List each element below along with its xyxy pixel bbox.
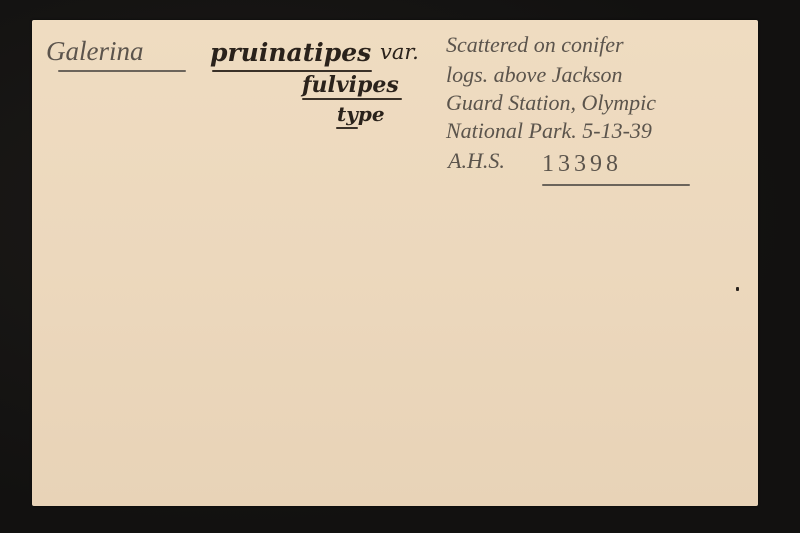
ink-speck bbox=[736, 287, 739, 291]
collector-initials: A.H.S. bbox=[448, 150, 505, 172]
collection-number: 13398 bbox=[542, 152, 622, 176]
species-name: pruinatipes bbox=[210, 40, 371, 65]
photo-background: Galerina pruinatipes var. fulvipes type … bbox=[0, 0, 800, 533]
herbarium-label-card: Galerina pruinatipes var. fulvipes type … bbox=[32, 20, 758, 506]
collection-note-line-3: Guard Station, Olympic bbox=[446, 92, 656, 114]
number-underline bbox=[542, 184, 690, 186]
genus-underline bbox=[58, 70, 186, 72]
collection-note-line-1: Scattered on conifer bbox=[446, 34, 624, 56]
variety-name: fulvipes bbox=[302, 74, 399, 96]
type-underline bbox=[336, 127, 358, 129]
type-status: type bbox=[337, 104, 385, 124]
genus-name: Galerina bbox=[46, 38, 144, 65]
collection-note-line-4: National Park. 5-13-39 bbox=[446, 120, 652, 142]
variety-underline bbox=[302, 98, 402, 100]
collection-note-line-2: logs. above Jackson bbox=[446, 64, 623, 86]
rank-abbreviation: var. bbox=[380, 42, 419, 63]
